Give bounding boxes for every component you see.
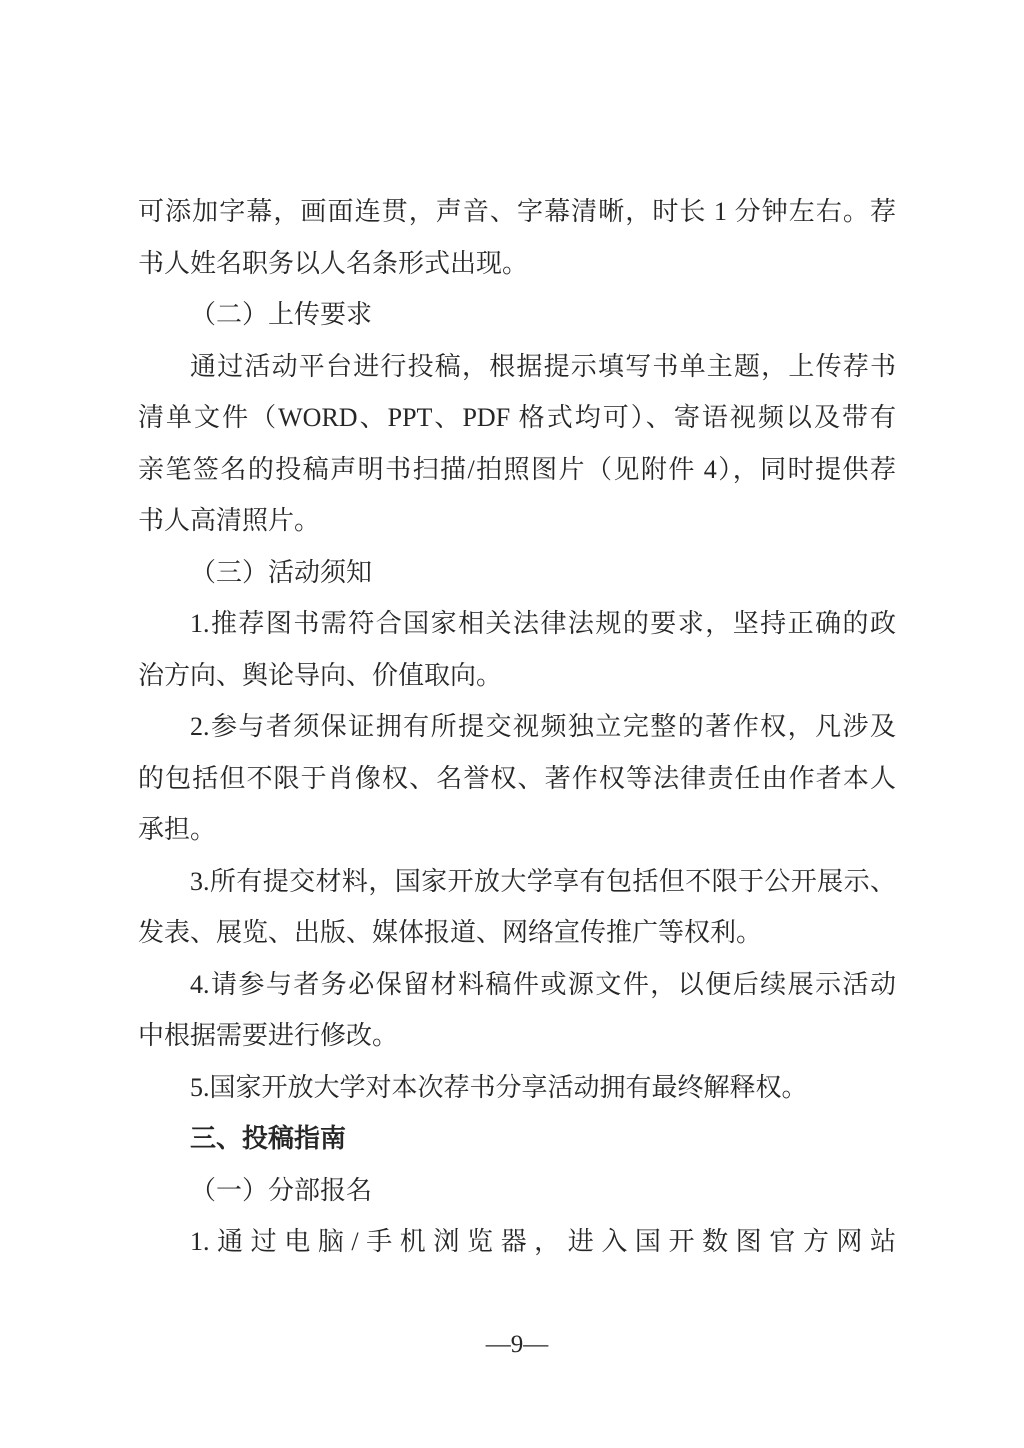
text-line: 中根据需要进行修改。 [138, 1010, 896, 1062]
text-line: 3.所有提交材料，国家开放大学享有包括但不限于公开展示、 [138, 856, 896, 908]
page-number: —9— [138, 1328, 896, 1362]
text-line: 1.推荐图书需符合国家相关法律法规的要求，坚持正确的政 [138, 598, 896, 650]
text-line: 清单文件（WORD、PPT、PDF 格式均可）、寄语视频以及带有 [138, 392, 896, 444]
text-line: 书人高清照片。 [138, 495, 896, 547]
text-line: （二）上传要求 [138, 289, 896, 341]
document-page: 可添加字幕，画面连贯，声音、字幕清晰，时长 1 分钟左右。荐书人姓名职务以人名条… [0, 0, 1024, 1448]
text-line: 治方向、舆论导向、价值取向。 [138, 650, 896, 702]
text-line: 发表、展览、出版、媒体报道、网络宣传推广等权利。 [138, 907, 896, 959]
text-line: 的包括但不限于肖像权、名誉权、著作权等法律责任由作者本人 [138, 753, 896, 805]
document-body: 可添加字幕，画面连贯，声音、字幕清晰，时长 1 分钟左右。荐书人姓名职务以人名条… [138, 186, 896, 1268]
text-line: 2.参与者须保证拥有所提交视频独立完整的著作权，凡涉及 [138, 701, 896, 753]
text-line: 书人姓名职务以人名条形式出现。 [138, 238, 896, 290]
text-line: （三）活动须知 [138, 547, 896, 599]
text-line: 1.通过电脑/手机浏览器，进入国开数图官方网站 [138, 1216, 896, 1268]
text-line: 通过活动平台进行投稿，根据提示填写书单主题，上传荐书 [138, 341, 896, 393]
text-line: 亲笔签名的投稿声明书扫描/拍照图片（见附件 4），同时提供荐 [138, 444, 896, 496]
text-line: 4.请参与者务必保留材料稿件或源文件，以便后续展示活动 [138, 959, 896, 1011]
text-line: 5.国家开放大学对本次荐书分享活动拥有最终解释权。 [138, 1062, 896, 1114]
text-line: 三、投稿指南 [138, 1113, 896, 1165]
text-line: 可添加字幕，画面连贯，声音、字幕清晰，时长 1 分钟左右。荐 [138, 186, 896, 238]
text-line: 承担。 [138, 804, 896, 856]
text-line: （一）分部报名 [138, 1165, 896, 1217]
